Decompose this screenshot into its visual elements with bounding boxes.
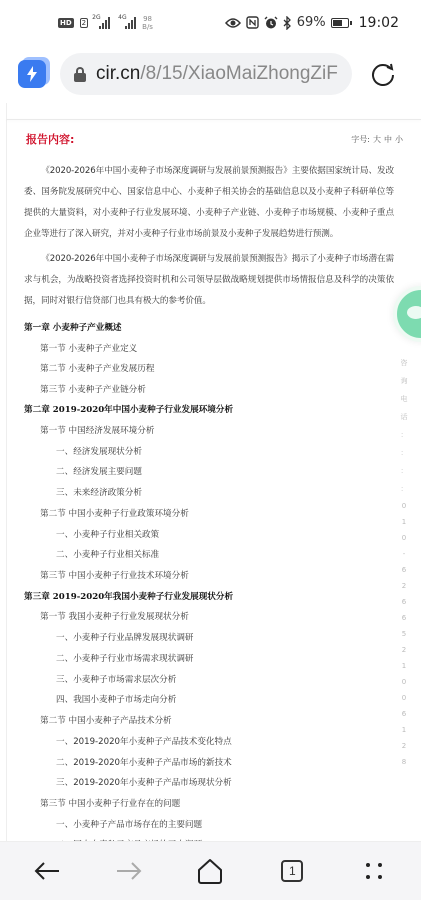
- toc-section: 第二节 中国小麦种子产品技术分析: [24, 711, 394, 732]
- font-size-large[interactable]: 大: [373, 134, 381, 145]
- url-host: cir.cn: [96, 63, 140, 85]
- menu-dots-icon: [364, 861, 384, 881]
- signal-4g-icon: 4G: [120, 17, 136, 29]
- toc-chapter: 第三章 2019-2020年我国小麦种子行业发展现状分析: [24, 587, 394, 608]
- home-icon: [197, 858, 223, 884]
- side-text-char: 0: [402, 502, 406, 510]
- arrow-right-icon: [116, 861, 142, 881]
- side-text-char: 0: [402, 534, 406, 542]
- side-text-char: ：: [401, 484, 408, 494]
- toc-subsection: 一、小麦种子产品市场存在的主要问题: [24, 815, 394, 836]
- toc-subsection: 一、小麦种子行业品牌发展现状调研: [24, 628, 394, 649]
- battery-percent: 69%: [297, 15, 326, 30]
- clock: 19:02: [359, 15, 399, 31]
- hd-voice-icon: HD: [58, 18, 74, 28]
- network-speed: 98 B/s: [142, 15, 153, 31]
- side-contact-vertical-text: 咨询电话：：：：010-6266521006128: [398, 358, 410, 766]
- alarm-icon: [264, 16, 278, 30]
- tabs-button[interactable]: 1: [267, 851, 317, 891]
- browser-address-bar: cir.cn/8/15/XiaoMaiZhongZiF: [0, 45, 421, 103]
- toc-section: 第二节 小麦种子产业发展历程: [24, 359, 394, 380]
- wechat-icon: [407, 306, 421, 319]
- side-text-char: 1: [402, 726, 406, 734]
- toc-subsection: 二、小麦种子行业市场需求现状调研: [24, 649, 394, 670]
- toc-subsection: 三、2019-2020年小麦种子产品市场现状分析: [24, 773, 394, 794]
- reload-button[interactable]: [370, 61, 396, 87]
- header-divider: [6, 119, 421, 120]
- toc-section: 第一节 小麦种子产业定义: [24, 339, 394, 360]
- sim-icon: 2: [80, 18, 88, 28]
- menu-button[interactable]: [349, 851, 399, 891]
- toc-subsection: 一、2019-2020年小麦种子产品技术变化特点: [24, 732, 394, 753]
- side-text-char: -: [403, 550, 406, 558]
- battery-icon: [331, 18, 352, 28]
- toc-subsection: 四、我国小麦种子市场走向分析: [24, 690, 394, 711]
- table-of-contents: 第一章 小麦种子产业概述第一节 小麦种子产业定义第二节 小麦种子产业发展历程第三…: [24, 318, 394, 841]
- side-text-char: 电: [401, 394, 408, 404]
- report-header: 报告内容: 字号: 大 中 小: [26, 131, 403, 147]
- toc-subsection: 一、小麦种子行业相关政策: [24, 525, 394, 546]
- side-text-char: 6: [402, 566, 406, 574]
- font-size-label: 字号:: [351, 134, 370, 145]
- page-left-border: [6, 103, 7, 841]
- font-size-medium[interactable]: 中: [384, 134, 392, 145]
- toc-section: 第二节 中国小麦种子行业政策环境分析: [24, 504, 394, 525]
- side-text-char: 2: [402, 742, 406, 750]
- arrow-left-icon: [34, 861, 60, 881]
- browser-app-icon[interactable]: [18, 60, 46, 88]
- lock-icon: [74, 67, 86, 82]
- url-path: /8/15/XiaoMaiZhongZiF: [140, 63, 338, 85]
- bluetooth-icon: [283, 16, 292, 30]
- web-page[interactable]: 报告内容: 字号: 大 中 小 《2020-2026年中国小麦种子市场深度调研与…: [0, 103, 421, 841]
- back-button[interactable]: [22, 851, 72, 891]
- side-text-char: 0: [402, 694, 406, 702]
- signal-2g-icon: 2G: [94, 17, 110, 29]
- status-left: HD 2 2G 4G 98 B/s: [58, 15, 153, 31]
- home-button[interactable]: [185, 851, 235, 891]
- side-text-char: 0: [402, 678, 406, 686]
- toc-section: 第三节 小麦种子产业链分析: [24, 380, 394, 401]
- toc-subsection: 三、未来经济政策分析: [24, 483, 394, 504]
- font-size-small[interactable]: 小: [395, 134, 403, 145]
- summary-paragraph: 《2020-2026年中国小麦种子市场深度调研与发展前景预测报告》揭示了小麦种子…: [24, 249, 394, 312]
- intro-paragraph: 《2020-2026年中国小麦种子市场深度调研与发展前景预测报告》主要依据国家统…: [24, 161, 394, 245]
- font-size-switcher: 字号: 大 中 小: [351, 134, 403, 145]
- side-text-char: 2: [402, 582, 406, 590]
- lightning-icon: [26, 66, 38, 82]
- side-text-char: ：: [401, 466, 408, 476]
- status-right: 69% 19:02: [225, 15, 399, 31]
- forward-button[interactable]: [104, 851, 154, 891]
- browser-bottom-nav: 1: [0, 841, 421, 900]
- tab-count: 1: [281, 860, 303, 882]
- url-input[interactable]: cir.cn/8/15/XiaoMaiZhongZiF: [60, 53, 352, 95]
- wechat-float-button[interactable]: [393, 286, 421, 342]
- side-text-char: ：: [401, 430, 408, 440]
- side-text-char: ：: [401, 448, 408, 458]
- report-body: 《2020-2026年中国小麦种子市场深度调研与发展前景预测报告》主要依据国家统…: [24, 161, 394, 841]
- side-text-char: 6: [402, 598, 406, 606]
- toc-subsection: 一、经济发展现状分析: [24, 442, 394, 463]
- side-text-char: 2: [402, 646, 406, 654]
- side-text-char: 咨: [401, 358, 408, 368]
- side-text-char: 8: [402, 758, 406, 766]
- toc-subsection: 三、小麦种子市场需求层次分析: [24, 670, 394, 691]
- reload-icon: [370, 61, 396, 87]
- toc-section: 第三节 中国小麦种子行业技术环境分析: [24, 566, 394, 587]
- side-text-char: 话: [401, 412, 408, 422]
- eye-comfort-icon: [225, 17, 241, 29]
- side-text-char: 1: [402, 518, 406, 526]
- toc-subsection: 二、2019-2020年小麦种子产品市场的新技术: [24, 753, 394, 774]
- toc-section: 第三节 中国小麦种子行业存在的问题: [24, 794, 394, 815]
- side-text-char: 1: [402, 662, 406, 670]
- status-bar: HD 2 2G 4G 98 B/s 69% 19:02: [0, 0, 421, 45]
- side-text-char: 询: [401, 376, 408, 386]
- toc-chapter: 第二章 2019-2020年中国小麦种子行业发展环境分析: [24, 400, 394, 421]
- nfc-icon: [246, 16, 259, 29]
- side-text-char: 6: [402, 614, 406, 622]
- toc-subsection: 二、经济发展主要问题: [24, 462, 394, 483]
- toc-chapter: 第一章 小麦种子产业概述: [24, 318, 394, 339]
- toc-subsection: 二、小麦种子行业相关标准: [24, 545, 394, 566]
- report-content-label: 报告内容:: [26, 131, 74, 147]
- side-text-char: 5: [402, 630, 406, 638]
- toc-section: 第一节 我国小麦种子行业发展现状分析: [24, 607, 394, 628]
- side-text-char: 6: [402, 710, 406, 718]
- toc-section: 第一节 中国经济发展环境分析: [24, 421, 394, 442]
